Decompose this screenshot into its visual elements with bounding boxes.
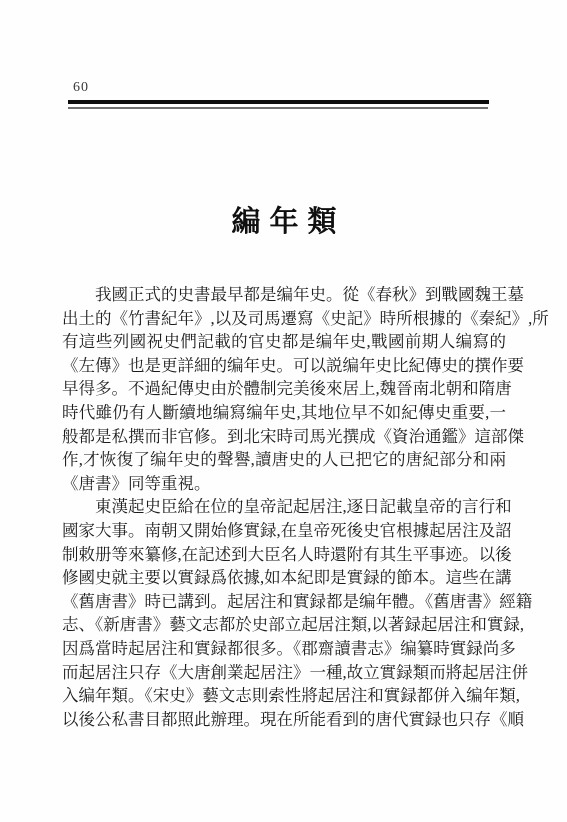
text-line: 修國史就主要以實録爲依據,如本紀即是實録的節本。這些在講	[62, 566, 506, 590]
book-page: 60 編年類 我國正式的史書最早都是编年史。從《春秋》到戰國魏王墓 出土的《竹書…	[0, 0, 567, 822]
text-line: 時代雖仍有人斷續地编寫编年史,其地位早不如紀傳史重要,一	[62, 401, 506, 425]
body-text: 我國正式的史書最早都是编年史。從《春秋》到戰國魏王墓 出土的《竹書紀年》,以及司…	[62, 283, 506, 731]
text-line: 我國正式的史書最早都是编年史。從《春秋》到戰國魏王墓	[62, 283, 506, 307]
text-line: 制敕册等來纂修,在記述到大臣名人時還附有其生平事迹。以後	[62, 543, 506, 567]
text-line: 以後公私書目都照此辦理。現在所能看到的唐代實録也只存《順	[62, 708, 506, 732]
text-line: 東漢起史臣給在位的皇帝記起居注,逐日記載皇帝的言行和	[62, 495, 506, 519]
header-rule-thick	[68, 100, 489, 104]
page-number: 60	[73, 80, 89, 96]
header-rule-thin	[68, 107, 488, 109]
text-line: 入编年類。《宋史》藝文志則索性將起居注和實録都併入编年類,	[62, 684, 506, 708]
text-line: 《左傳》也是更詳細的编年史。可以説编年史比紀傳史的撰作要	[62, 354, 506, 378]
chapter-title: 編年類	[62, 199, 506, 240]
text-line: 國家大事。南朝又開始修實録,在皇帝死後史官根據起居注及詔	[62, 519, 506, 543]
text-line: 早得多。不過紀傳史由於體制完美後來居上,魏晉南北朝和隋唐	[62, 377, 506, 401]
text-line: 志、《新唐書》藝文志都於史部立起居注類,以著録起居注和實録,	[62, 613, 506, 637]
text-line: 《舊唐書》時已講到。起居注和實録都是编年體。《舊唐書》經籍	[62, 590, 506, 614]
text-line: 出土的《竹書紀年》,以及司馬遷寫《史記》時所根據的《秦紀》,所	[62, 307, 506, 331]
text-line: 而起居注只存《大唐創業起居注》一種,故立實録類而將起居注併	[62, 661, 506, 685]
text-line: 般都是私撰而非官修。到北宋時司馬光撰成《資治通鑑》這部傑	[62, 425, 506, 449]
text-line: 作,才恢復了编年史的聲譽,讀唐史的人已把它的唐紀部分和兩	[62, 448, 506, 472]
text-line: 因爲當時起居注和實録都很多。《郡齋讀書志》编纂時實録尚多	[62, 637, 506, 661]
text-line: 有這些列國祝史們記載的官史都是编年史,戰國前期人编寫的	[62, 330, 506, 354]
text-line: 《唐書》同等重視。	[62, 472, 506, 496]
